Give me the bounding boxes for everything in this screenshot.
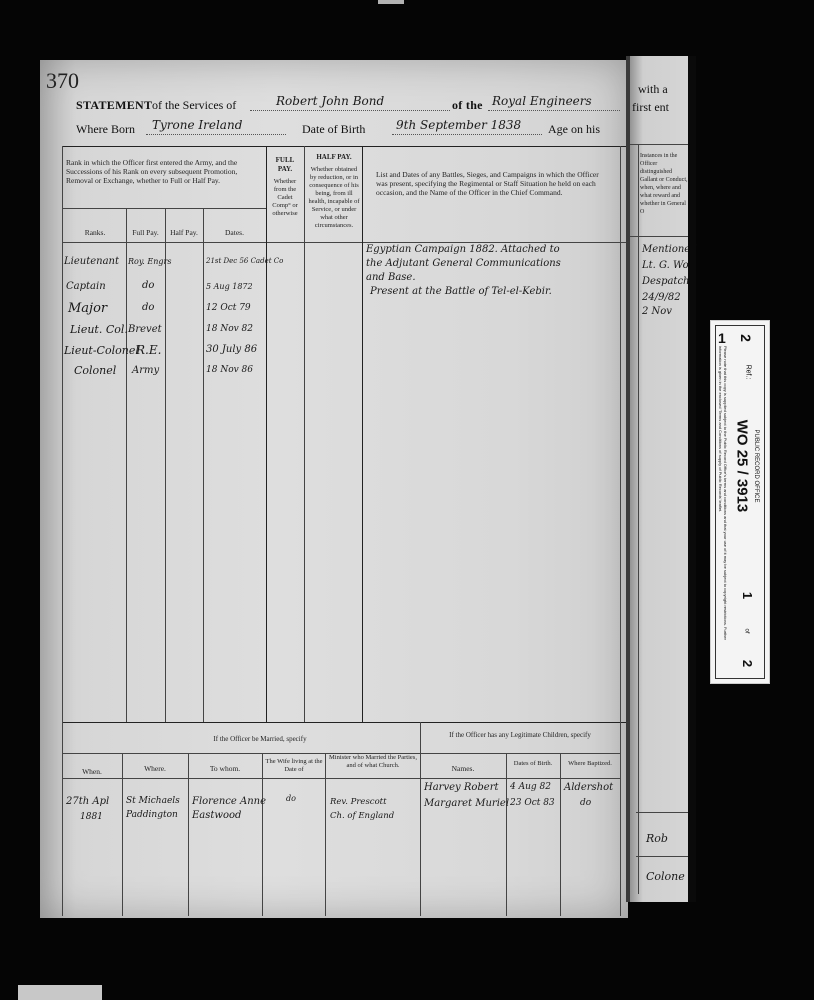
cm-top-left: 1 (718, 330, 726, 346)
rule (62, 242, 628, 243)
marriage-header: If the Officer be Married, specify (160, 735, 360, 744)
campaigns-header: List and Dates of any Battles, Sieges, a… (376, 170, 608, 197)
date-cell: 30 July 86 (206, 344, 257, 355)
rank-cell: Captain (66, 281, 106, 292)
child-dob: 4 Aug 82 (510, 782, 551, 792)
full-pay-cell: R.E. (136, 343, 161, 357)
rule (628, 236, 688, 237)
of-services-label: of the Services of (152, 98, 236, 113)
rule (362, 146, 363, 722)
rank-cell: Lieut. Col. (70, 323, 128, 336)
rule (628, 144, 688, 145)
age-label: Age on his (548, 122, 600, 137)
total-sheets: 2 (740, 660, 755, 667)
rule (62, 146, 628, 147)
wife-living: do (286, 794, 296, 803)
col-wife-living: The Wife living at the Date of (264, 758, 324, 774)
rule (188, 753, 189, 916)
rule (325, 753, 326, 916)
rule (560, 753, 561, 916)
facing-header-2: first ent (632, 100, 669, 115)
page-edge (688, 56, 696, 902)
col-names: Names. (420, 764, 506, 773)
campaign-line: and Base. (366, 272, 416, 283)
cm-top-right: 2 (738, 334, 754, 342)
col-when: When. (62, 767, 122, 776)
rule (636, 812, 688, 813)
rule (620, 146, 621, 916)
where-born-label: Where Born (76, 122, 135, 137)
marriage-where-2: Paddington (126, 810, 178, 820)
facing-lower-entry: Rob (646, 832, 668, 845)
facing-page: with a first ent Instances in the Office… (628, 56, 688, 902)
campaign-line: Egyptian Campaign 1882. Attached to (366, 244, 560, 255)
rank-column-header: Rank in which the Officer first entered … (66, 158, 262, 185)
rule (122, 753, 123, 916)
half-pay-sub: Whether obtained by reduction, or in con… (308, 166, 360, 230)
rule (62, 722, 628, 723)
campaign-line: Present at the Battle of Tel-el-Kebir. (370, 286, 552, 297)
notice-text: Please note that this copy is supplied s… (718, 346, 728, 656)
child-name: Harvey Robert (424, 782, 499, 793)
marriage-where: St Michaels (126, 796, 180, 806)
date-cell: 5 Aug 1872 (206, 282, 253, 291)
facing-entry: Despatch (642, 276, 690, 287)
facing-lower-entry: Colone (646, 870, 685, 883)
officer-name: Robert John Bond (276, 94, 384, 108)
full-pay-sub: Whether from the Cadet Comp° or otherwis… (268, 178, 302, 218)
facing-entry: 2 Nov (642, 306, 672, 317)
ref-label: Ref.: (745, 365, 752, 380)
date-cell: 12 Oct 79 (206, 303, 251, 313)
full-pay-cell: Brevet (128, 324, 162, 335)
rule (304, 146, 305, 722)
rule (506, 753, 507, 916)
col-to-whom: To whom. (188, 764, 262, 773)
full-pay-cell: do (142, 302, 154, 313)
marriage-to-whom: Florence Anne (192, 796, 266, 807)
child-name: Margaret Muriel (424, 798, 509, 809)
half-pay-header: HALF PAY. (308, 153, 360, 162)
minister-church: Ch. of England (330, 811, 394, 821)
col-half-pay: Half Pay. (165, 228, 203, 237)
date-cell: 18 Nov 82 (206, 324, 253, 334)
marriage-to-whom-2: Eastwood (192, 810, 241, 821)
facing-entry: 24/9/82 (642, 292, 681, 303)
rule (420, 722, 421, 916)
col-full-pay: Full Pay. (126, 228, 165, 237)
col-dob: Dates of Birth. (506, 759, 560, 768)
corner-slip (18, 985, 102, 1000)
reference-slip: 1 2 Ref.: WO 25 / 3913 PUBLIC RECORD OFF… (710, 320, 770, 684)
rule (165, 208, 166, 722)
col-minister: Minister who Married the Parties, and of… (326, 754, 420, 770)
dob-label: Date of Birth (302, 122, 365, 137)
full-pay-cell: Army (132, 365, 159, 376)
of-the-label: of the (452, 98, 483, 113)
where-born: Tyrone Ireland (152, 118, 242, 132)
facing-col-header: Instances in the Officer distinguished G… (640, 152, 688, 242)
rule (266, 146, 267, 722)
rule (636, 856, 688, 857)
sheet-number: 1 (740, 592, 755, 599)
col-dates: Dates. (203, 228, 266, 237)
rule (62, 208, 266, 209)
rank-cell: Major (68, 301, 107, 316)
children-header: If the Officer has any Legitimate Childr… (420, 731, 620, 740)
full-pay-header: FULL PAY. (268, 156, 302, 174)
scan-artifact (378, 0, 404, 4)
facing-header-1: with a (638, 82, 668, 97)
rule (262, 753, 263, 916)
page-number: 370 (46, 68, 79, 94)
campaign-line: the Adjutant General Communications (366, 258, 561, 269)
facing-entry: Lt. G. Wol (642, 260, 692, 271)
child-dob: 23 Oct 83 (510, 798, 555, 808)
rule (638, 144, 639, 894)
full-pay-cell: do (142, 280, 154, 291)
minister: Rev. Prescott (330, 797, 387, 807)
rank-cell: Colonel (74, 364, 116, 377)
child-baptized: Aldershot (564, 782, 613, 793)
marriage-when: 27th Apl (66, 796, 109, 807)
reference-number: WO 25 / 3913 (734, 420, 751, 513)
of-label: of (744, 628, 750, 633)
date-cell: 18 Nov 86 (206, 365, 253, 375)
date-of-birth: 9th September 1838 (396, 118, 521, 132)
col-where: Where. (122, 764, 188, 773)
date-cell: 21st Dec 56 Cadet Co (206, 257, 283, 265)
rank-cell: Lieut-Colonel (64, 344, 139, 357)
slip-border: 1 2 Ref.: WO 25 / 3913 PUBLIC RECORD OFF… (715, 325, 765, 679)
col-baptized: Where Baptized. (560, 759, 620, 768)
rule (203, 208, 204, 722)
marriage-year: 1881 (80, 812, 103, 822)
corps: Royal Engineers (492, 94, 592, 108)
rule (62, 778, 620, 779)
service-record-page: 370 STATEMENT of the Services of Robert … (40, 60, 628, 918)
rule (126, 208, 127, 722)
public-record-office: PUBLIC RECORD OFFICE (753, 429, 759, 502)
col-ranks: Ranks. (64, 228, 126, 237)
child-baptized: do (580, 798, 591, 808)
rank-cell: Lieutenant (64, 256, 119, 267)
full-pay-cell: Roy. Engrs (128, 257, 171, 266)
page-fold (626, 56, 630, 902)
notice-wrap: Please note that this copy is supplied s… (718, 346, 728, 656)
rule (62, 146, 63, 916)
statement-label: STATEMENT (76, 98, 152, 113)
